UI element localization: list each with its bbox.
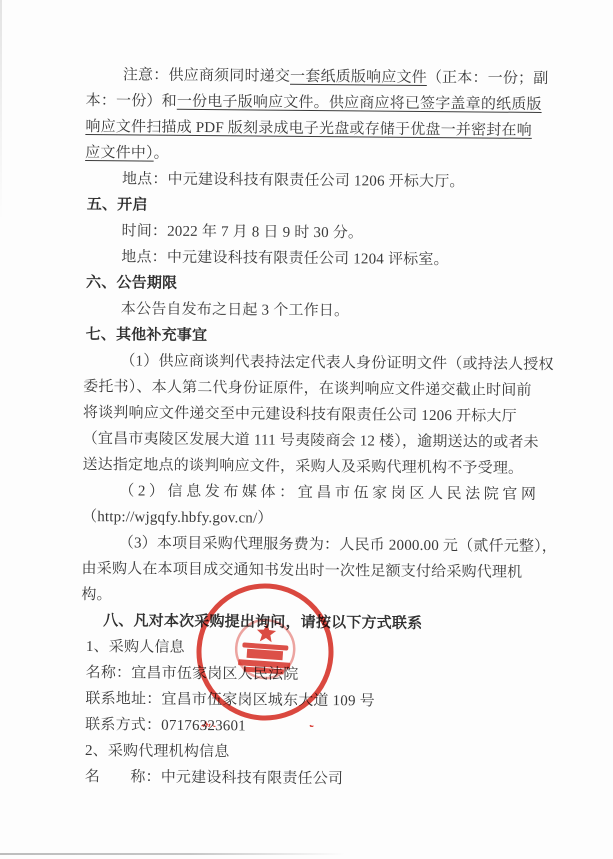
text-run: 构。 — [81, 587, 112, 603]
supplement-1-line-3: 将谈判响应文件递交至中元建设科技有限责任公司 1206 开标大厅 — [83, 400, 553, 430]
underlined-text-run: 响应文件扫描成 PDF 版刻录成电子光盘或存储于优盘一并密封在响 — [85, 119, 532, 139]
notice-line-2: 本：一份）和一份电子版响应文件。供应商应将已签字盖章的纸质版 — [86, 88, 556, 118]
open-time-line: 时间：2022 年 7 月 8 日 9 时 30 分。 — [84, 218, 554, 248]
text-run: 本：一份）和 — [86, 93, 177, 110]
text-run: （正本：一份；副 — [427, 70, 549, 87]
text-run: 将谈判响应文件递交至中元建设科技有限责任公司 1206 开标大厅 — [83, 405, 517, 425]
notice-line-1: 注意：供应商须同时递交一套纸质版响应文件（正本：一份；副 — [86, 62, 556, 92]
document-page: 注意：供应商须同时递交一套纸质版响应文件（正本：一份；副本：一份）和一份电子版响… — [0, 0, 613, 859]
underlined-text-run: 一套纸质版响应文件 — [290, 69, 427, 86]
text-run: 地点：中元建设科技有限责任公司 1206 开标大厅。 — [122, 171, 465, 190]
text-run: （宜昌市夷陵区发展大道 111 号夷陵商会 12 楼），逾期送达的或者未 — [83, 431, 539, 451]
scan-left-edge-shadow — [0, 0, 2, 220]
agency-info-heading: 2、采购代理机构信息 — [80, 738, 550, 768]
section-7-heading: 七、其他补充事宜 — [84, 322, 554, 352]
supplement-2-line-1: （2）信息发布媒体：宜昌市伍家岗区人民法院官网 — [82, 478, 552, 508]
underlined-text-run: 应文件中） — [85, 145, 154, 162]
notice-line-3: 响应文件扫描成 PDF 版刻录成电子光盘或存储于优盘一并密封在响 — [85, 114, 555, 144]
scan-artifact-line — [0, 853, 345, 855]
text-run: 委托书）、本人第二代身份证原件，在谈判响应文件递交截止时间前 — [83, 379, 532, 399]
text-run: 本公告自发布之日起 3 个工作日。 — [121, 301, 350, 319]
text-run: （2）信息发布媒体：宜昌市伍家岗区人民法院官网 — [119, 483, 539, 503]
text-run: （1）供应商谈判代表持法定代表人身份证明文件（或持法人授权 — [120, 353, 553, 373]
text-run: 2、采购代理机构信息 — [85, 743, 230, 760]
text-run: （http://wjgqfy.hbfy.gov.cn/） — [82, 509, 273, 527]
section-5-heading: 五、开启 — [85, 192, 555, 222]
text-run: 。 — [154, 146, 169, 162]
text-run: 注意：供应商须同时递交 — [123, 67, 290, 84]
submit-location-line: 地点：中元建设科技有限责任公司 1206 开标大厅。 — [85, 166, 555, 196]
section-6-heading: 六、公告期限 — [84, 270, 554, 300]
underlined-text-run: 一份电子版响应文件。供应商应将已签字盖章的纸质版 — [177, 94, 542, 113]
supplement-1-line-4: （宜昌市夷陵区发展大道 111 号夷陵商会 12 楼），逾期送达的或者未 — [83, 426, 553, 456]
text-run: 送达指定地点的谈判响应文件，采购人及采购代理机构不予受理。 — [82, 457, 523, 477]
text-run: （3）本项目采购代理服务费为：人民币 2000.00 元（贰仟元整）， — [119, 535, 557, 555]
supplement-1-line-5: 送达指定地点的谈判响应文件，采购人及采购代理机构不予受理。 — [82, 452, 552, 482]
text-run: 1、采购人信息 — [86, 639, 185, 656]
supplement-1-line-2: 委托书）、本人第二代身份证原件，在谈判响应文件递交截止时间前 — [83, 374, 553, 404]
text-run: 时间：2022 年 7 月 8 日 9 时 30 分。 — [121, 223, 363, 241]
open-location-line: 地点：中元建设科技有限责任公司 1204 评标室。 — [84, 244, 554, 274]
supplement-2-url-line: （http://wjgqfy.hbfy.gov.cn/） — [82, 504, 552, 534]
supplement-3-line-1: （3）本项目采购代理服务费为：人民币 2000.00 元（贰仟元整）， — [82, 530, 552, 560]
supplement-1-line-1: （1）供应商谈判代表持法定代表人身份证明文件（或持法人授权 — [83, 348, 553, 378]
text-run: 六、公告期限 — [86, 274, 177, 292]
text-run: 七、其他补充事宜 — [86, 326, 208, 344]
announce-period-line: 本公告自发布之日起 3 个工作日。 — [84, 296, 554, 326]
text-run: 名 称：中元建设科技有限责任公司 — [85, 769, 344, 787]
official-seal: 宜昌市伍家岗区人民法院 — [190, 577, 340, 727]
text-run: 地点：中元建设科技有限责任公司 1204 评标室。 — [121, 249, 449, 268]
text-run: 五、开启 — [87, 196, 148, 214]
notice-line-4: 应文件中）。 — [85, 140, 555, 170]
agency-name-line: 名 称：中元建设科技有限责任公司 — [80, 764, 550, 794]
national-emblem-star-icon — [256, 622, 276, 642]
